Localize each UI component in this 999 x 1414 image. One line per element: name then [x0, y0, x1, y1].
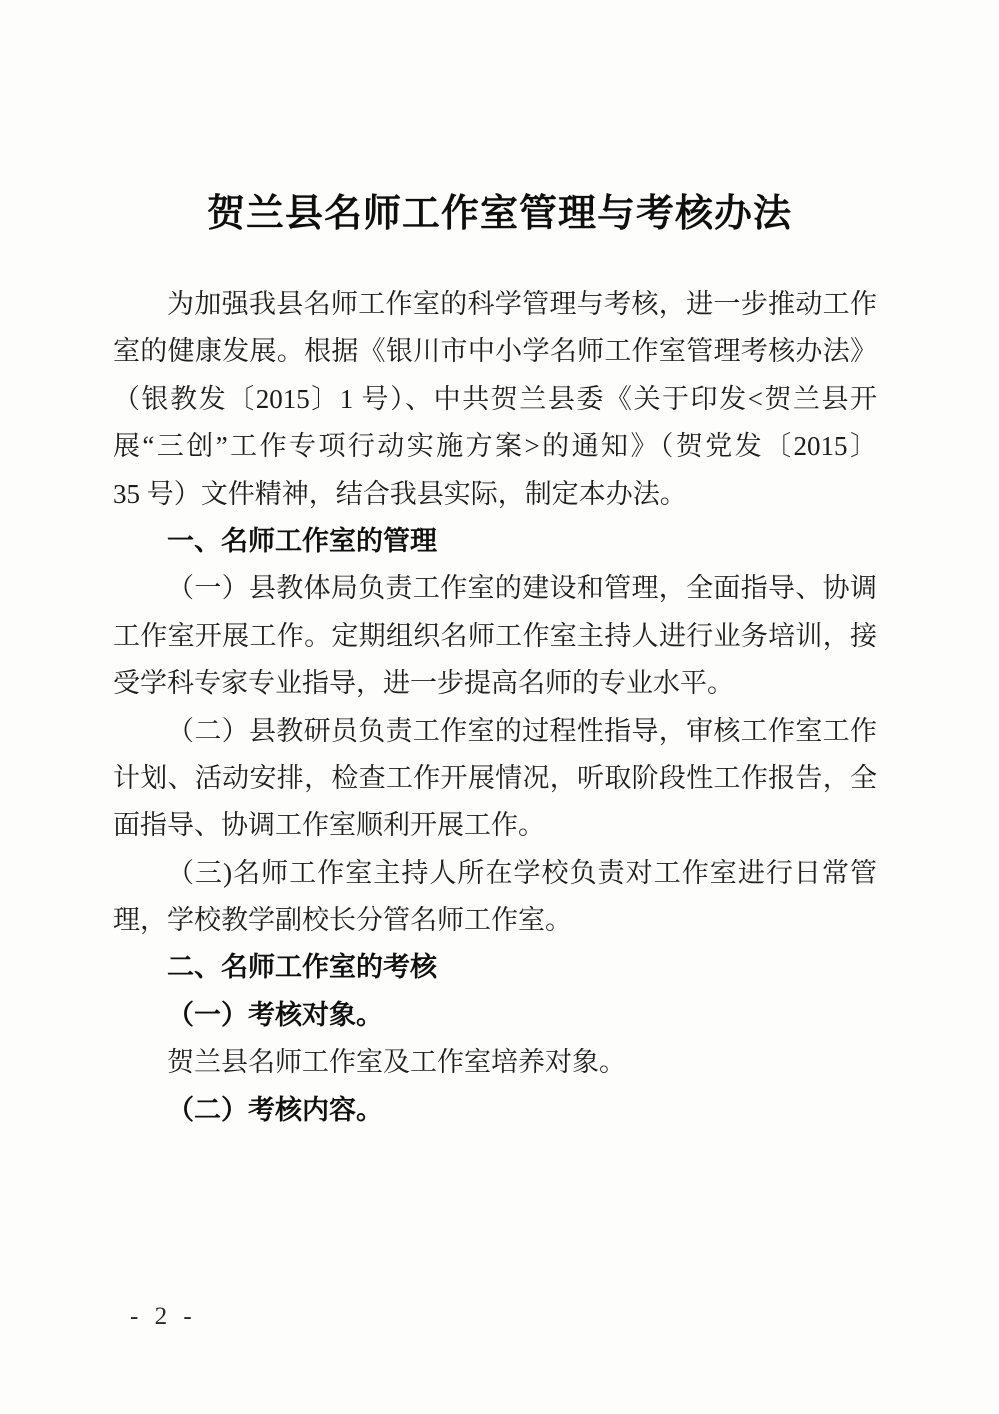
paragraph-line: 展“三创”工作专项行动实施方案>的通知》（贺党发〔2015〕 [113, 423, 877, 470]
page-number: - 2 - [130, 1303, 197, 1331]
document-title: 贺兰县名师工作室管理与考核办法 [0, 182, 999, 237]
section-heading-1: 一、名师工作室的管理 [113, 518, 877, 565]
document-body: 为加强我县名师工作室的科学管理与考核，进一步推动工作 室的健康发展。根据《银川市… [113, 281, 877, 1134]
subsection-heading-2: （二）考核内容。 [113, 1087, 877, 1134]
paragraph-line: （三)名师工作室主持人所在学校负责对工作室进行日常管 [113, 850, 877, 897]
subsection-heading-1: （一）考核对象。 [113, 992, 877, 1039]
paragraph-line: 工作室开展工作。定期组织名师工作室主持人进行业务培训，接 [113, 613, 877, 660]
paragraph-line: 贺兰县名师工作室及工作室培养对象。 [113, 1039, 877, 1086]
paragraph-line: （二）县教研员负责工作室的过程性指导，审核工作室工作 [113, 708, 877, 755]
section-heading-2: 二、名师工作室的考核 [113, 944, 877, 991]
document-page: 贺兰县名师工作室管理与考核办法 为加强我县名师工作室的科学管理与考核，进一步推动… [0, 0, 999, 1414]
paragraph-line: （银教发〔2015〕1 号）、中共贺兰县委《关于印发<贺兰县开 [113, 376, 877, 423]
paragraph-line: 计划、活动安排，检查工作开展情况，听取阶段性工作报告，全 [113, 755, 877, 802]
paragraph-line: （一）县教体局负责工作室的建设和管理，全面指导、协调 [113, 565, 877, 612]
paragraph-line: 受学科专家专业指导，进一步提高名师的专业水平。 [113, 660, 877, 707]
paragraph-line: 面指导、协调工作室顺利开展工作。 [113, 802, 877, 849]
paragraph-line: 35 号）文件精神，结合我县实际，制定本办法。 [113, 471, 877, 518]
paragraph-line: 为加强我县名师工作室的科学管理与考核，进一步推动工作 [113, 281, 877, 328]
paragraph-line: 室的健康发展。根据《银川市中小学名师工作室管理考核办法》 [113, 328, 877, 375]
paragraph-line: 理，学校教学副校长分管名师工作室。 [113, 897, 877, 944]
